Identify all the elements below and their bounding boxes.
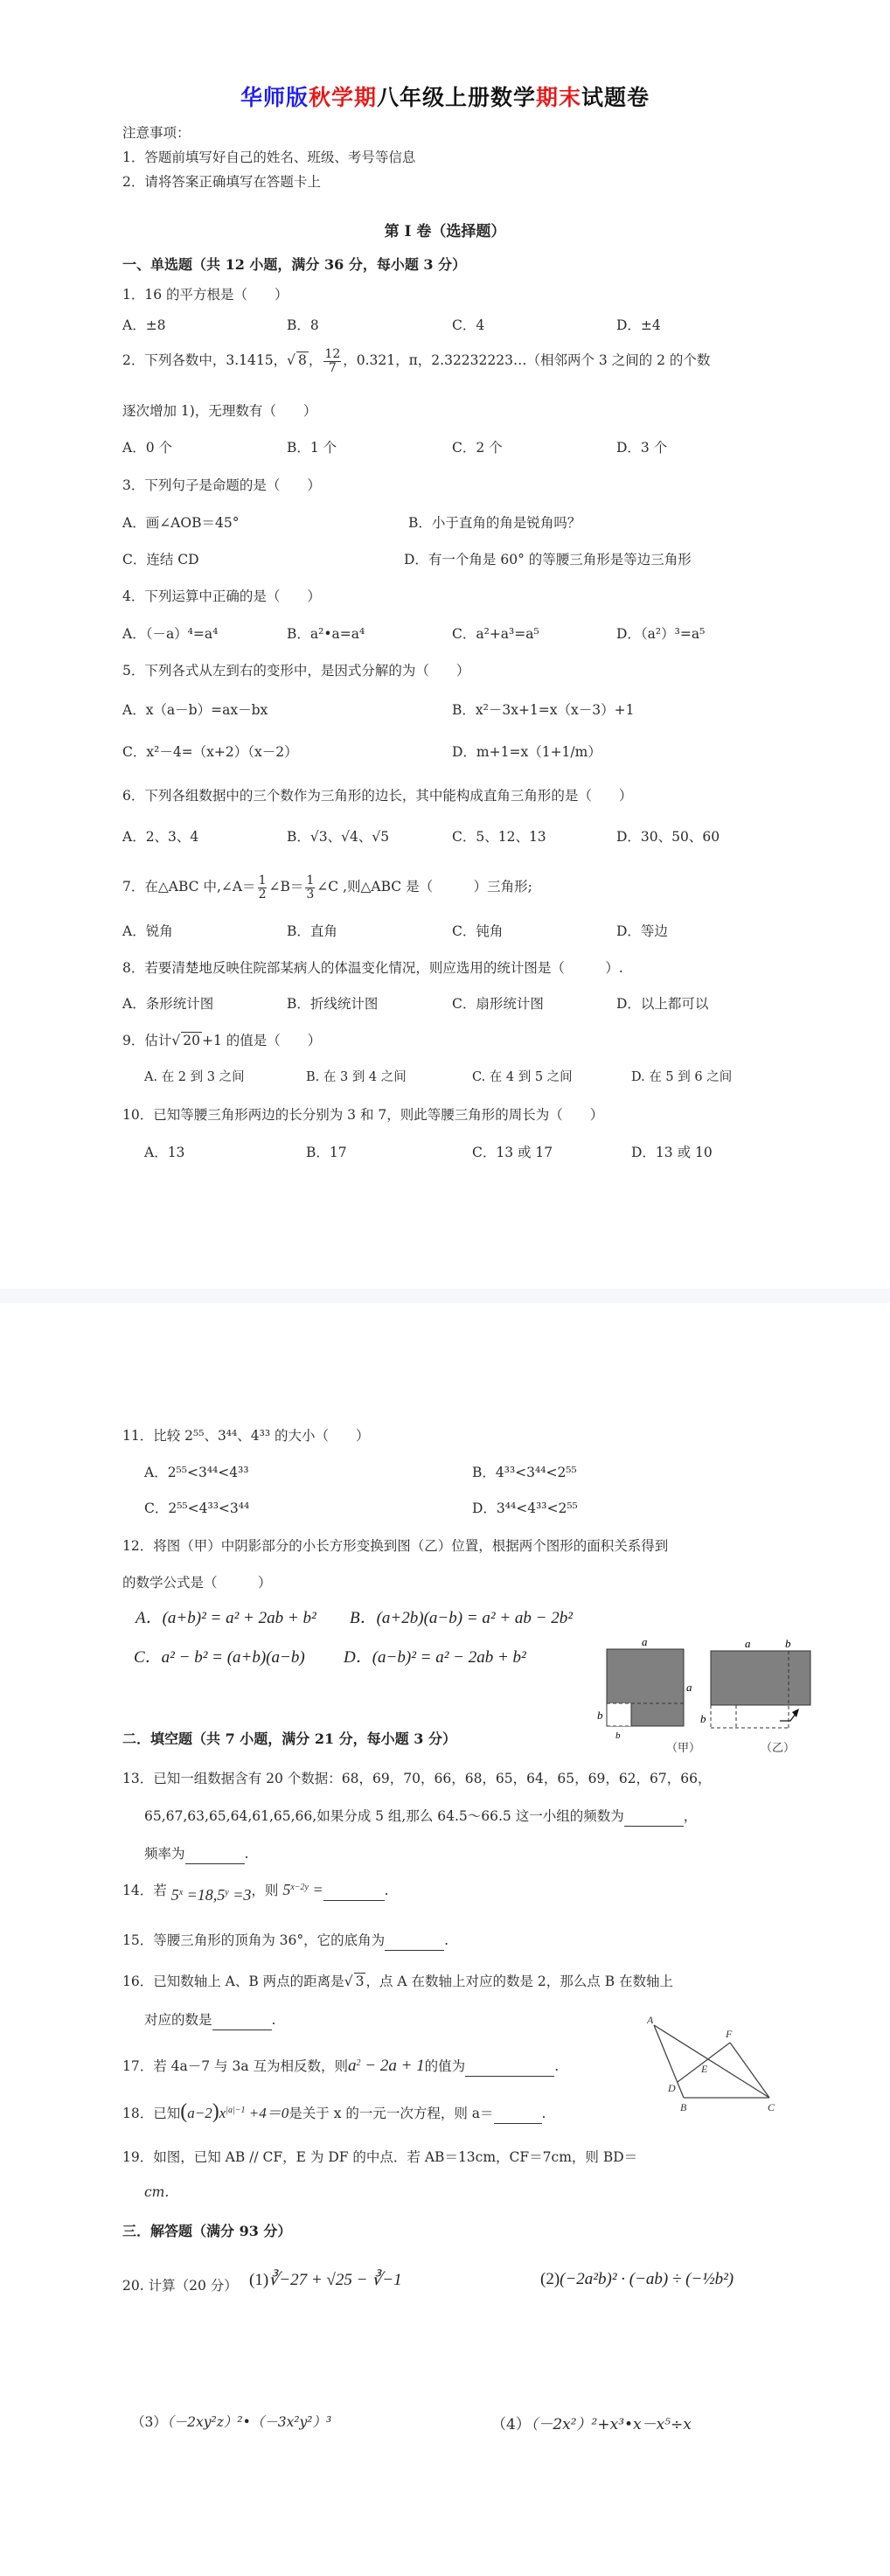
q11-option-c[interactable]: C．2⁵⁵<4³³<3⁴⁴ [144,1498,249,1517]
section-2-heading: 二．填空题（共 7 小题，满分 21 分，每小题 3 分） [122,1728,456,1748]
question-10: 10．已知等腰三角形两边的长分别为 3 和 7，则此等腰三角形的周长为（ ） [122,1104,603,1124]
q6-option-b[interactable]: B．√3、√4、√5 [287,826,389,846]
q12-option-d[interactable]: D．(a−b)² = a² − 2ab + b² [344,1644,526,1667]
title-part-final: 期末 [536,85,581,110]
q11-option-b[interactable]: B．4³³<3⁴⁴<2⁵⁵ [472,1462,577,1481]
answer-blank-17[interactable] [465,2060,554,2077]
q9-option-c[interactable]: C. 在 4 到 5 之间 [472,1067,573,1085]
section-3-heading: 三．解答题（满分 93 分） [122,2220,291,2240]
svg-text:b: b [615,1730,621,1741]
question-20: 20. 计算（20 分） [122,2275,238,2294]
q4-option-a[interactable]: A．（－a）⁴=a⁴ [122,623,218,643]
q6-option-a[interactable]: A．2、3、4 [122,826,198,846]
fraction-1-3: 13 [305,874,315,901]
q10-option-b[interactable]: B．17 [306,1142,347,1161]
figure-yi-label: （乙） [761,1738,795,1755]
answer-blank-15[interactable] [385,1934,444,1951]
sqrt-symbol-icon: √ [287,352,296,368]
q1-option-a[interactable]: A．±8 [122,315,166,334]
q7-option-c[interactable]: C．钝角 [452,921,503,940]
q19-geometry-figure: A F E D B C [647,2015,796,2120]
question-11: 11．比较 2⁵⁵、3⁴⁴、4³³ 的大小（ ） [122,1425,369,1445]
question-18: 18．已知(a−2)x|a|−1 +4＝0是关于 x 的一元一次方程，则 a＝ … [122,2100,546,2124]
question-2: 2．下列各数中，3.1415，√8，127，0.321，π，2.32232223… [122,348,710,374]
notice-heading: 注意事项： [122,122,191,142]
title-part-publisher: 华师版 [240,85,309,110]
q2-option-d[interactable]: D．3 个 [616,437,667,456]
svg-text:b: b [785,1637,791,1650]
q11-option-d[interactable]: D．3⁴⁴<4³³<2⁵⁵ [472,1498,578,1517]
q3-option-a[interactable]: A．画∠AOB＝45° [122,512,239,532]
question-13: 13．已知一组数据含有 20 个数据：68，69，70，66，68，65，64，… [122,1768,712,1787]
question-16-line2: 对应的数是 . [144,2009,275,2030]
title-part-grade: 八年级上册数学 [377,85,536,110]
question-19-line2: cm. [144,2184,169,2200]
svg-text:b: b [700,1712,706,1725]
answer-blank-13b[interactable] [185,1848,245,1864]
q8-option-a[interactable]: A．条形统计图 [122,993,213,1013]
svg-text:a: a [745,1637,751,1650]
q10-option-c[interactable]: C．13 或 17 [472,1142,553,1161]
question-13-line2: 65,67,63,65,64,61,65,66,如果分成 5 组,那么 64.5… [144,1806,697,1827]
q20-part-3: （3）（－2xy²z）²•（－3x²y²）³ [131,2412,331,2431]
q3-option-b[interactable]: B．小于直角的角是锐角吗？ [408,512,581,532]
title-part-term: 秋学期 [309,85,377,110]
q2-option-c[interactable]: C．2 个 [452,437,503,456]
answer-blank-14[interactable] [323,1884,385,1901]
q6-option-d[interactable]: D．30、50、60 [616,826,720,846]
question-13-line3: 频率为 . [144,1843,248,1864]
question-14: 14．若 5x =18,5y =3，则 5x−2y = . [122,1880,389,1901]
exam-page-1: 华师版秋学期八年级上册数学期末试题卷 注意事项： 1．答题前填写好自己的姓名、班… [0,0,890,1289]
q1-option-c[interactable]: C．4 [452,315,484,334]
answer-blank-16[interactable] [212,2014,272,2030]
svg-text:b: b [597,1709,603,1722]
q11-option-a[interactable]: A．2⁵⁵<3⁴⁴<4³³ [144,1462,249,1481]
svg-text:D: D [667,2082,676,2094]
question-5: 5．下列各式从左到右的变形中，是因式分解的为（ ） [122,660,469,679]
q10-option-a[interactable]: A．13 [144,1142,184,1161]
q5-option-c[interactable]: C．x²－4=（x+2）（x－2） [122,741,298,761]
notice-item-2: 2．请将答案正确填写在答题卡上 [122,171,321,191]
question-3: 3．下列句子是命题的是（ ） [122,475,321,494]
q7-option-a[interactable]: A．锐角 [122,921,173,940]
q10-option-d[interactable]: D．13 或 10 [631,1142,713,1161]
question-6: 6．下列各组数据中的三个数作为三角形的边长，其中能构成直角三角形的是（ ） [122,785,632,804]
question-1: 1．16 的平方根是（ ） [122,284,289,303]
q2-option-a[interactable]: A．0 个 [122,437,172,456]
exam-title: 华师版秋学期八年级上册数学期末试题卷 [0,80,890,112]
q3-option-d[interactable]: D．有一个角是 60° 的等腰三角形是等边三角形 [404,549,692,568]
q20-part-2: (2)(−2a²b)² · (−ab) ÷ (−½b²) [540,2270,734,2289]
page-break-divider [0,1289,890,1303]
sqrt-symbol-icon: √ [344,1974,353,1989]
notice-item-1: 1．答题前填写好自己的姓名、班级、考号等信息 [122,147,415,166]
fraction-1-2: 12 [258,874,268,901]
svg-text:B: B [680,2101,687,2113]
question-12-cont: 的数学公式是（ ） [122,1572,272,1591]
q5-option-d[interactable]: D．m+1=x（1+1/m） [452,741,601,761]
q12-option-b[interactable]: B．(a+2b)(a−b) = a² + ab − 2b² [350,1605,573,1628]
q4-option-b[interactable]: B．a²•a=a⁴ [287,623,365,643]
q1-option-d[interactable]: D．±4 [616,315,661,334]
question-8: 8．若要清楚地反映住院部某病人的体温变化情况，则应选用的统计图是（ ）. [122,957,623,977]
q3-option-c[interactable]: C．连结 CD [122,549,199,568]
q1-option-b[interactable]: B．8 [287,315,319,334]
fraction-12-7: 127 [323,348,341,374]
q8-option-c[interactable]: C．扇形统计图 [452,993,544,1013]
q9-option-d[interactable]: D. 在 5 到 6 之间 [631,1067,732,1085]
question-2-cont: 逐次增加 1)，无理数有（ ） [122,400,316,420]
answer-blank-13a[interactable] [624,1810,684,1827]
q8-option-b[interactable]: B．折线统计图 [287,993,378,1013]
figure-jia-label: （甲） [666,1738,700,1755]
q20-part-4: （4）（－2x²）²+x³•x－x⁵÷x [491,2412,692,2433]
q7-option-b[interactable]: B．直角 [287,921,337,940]
q5-option-a[interactable]: A．x（a－b）=ax－bx [122,700,268,719]
question-15: 15．等腰三角形的顶角为 36°，它的底角为 . [122,1930,448,1951]
question-16: 16．已知数轴上 A、B 两点的距离是√3，点 A 在数轴上对应的数是 2，那么… [122,1971,673,1990]
svg-text:a: a [686,1681,692,1694]
question-7: 7．在△ABC 中,∠A＝12∠B＝13∠C ,则△ABC 是（ ）三角形; [122,874,532,901]
q4-option-c[interactable]: C．a²+a³=a⁵ [452,623,539,643]
question-17: 17．若 4a－7 与 3a 互为相反数，则a2 − 2a + 1的值为 . [122,2056,559,2077]
q4-option-d[interactable]: D．（a²）³=a⁵ [616,623,705,643]
exam-page-2: 11．比较 2⁵⁵、3⁴⁴、4³³ 的大小（ ） A．2⁵⁵<3⁴⁴<4³³ B… [0,1303,890,2576]
volume-1-title: 第 I 卷（选择题） [0,219,890,240]
figure-jia: a a b b [597,1635,692,1741]
q12-area-figure: a a b b a b b [594,1633,822,1747]
q5-option-b[interactable]: B．x²－3x+1=x（x－3）+1 [452,700,634,719]
sqrt-symbol-icon: √ [171,1033,180,1048]
figure-yi: a b b [700,1637,810,1728]
q8-option-d[interactable]: D．以上都可以 [616,993,708,1013]
q9-option-a[interactable]: A. 在 2 到 3 之间 [144,1067,245,1085]
question-19: 19．如图，已知 AB // CF，E 为 DF 的中点．若 AB＝13cm，C… [122,2147,637,2166]
answer-blank-18[interactable] [494,2107,542,2124]
q2-option-b[interactable]: B．1 个 [287,437,337,456]
question-9: 9．估计√20+1 的值是（ ） [122,1030,321,1049]
svg-text:a: a [642,1635,648,1648]
question-4: 4．下列运算中正确的是（ ） [122,586,321,605]
svg-text:C: C [768,2101,775,2113]
section-1-heading: 一、单选题（共 12 小题，满分 36 分，每小题 3 分） [122,254,466,274]
q6-option-c[interactable]: C．5、12、13 [452,826,546,846]
svg-text:E: E [700,2063,708,2075]
q20-part-1: (1)∛−27 + √25 − ∛−1 [249,2270,402,2290]
svg-text:A: A [647,2015,654,2026]
q12-option-c[interactable]: C．a² − b² = (a+b)(a−b) [134,1644,305,1667]
question-12: 12．将图（甲）中阴影部分的小长方形变换到图（乙）位置，根据两个图形的面积关系得… [122,1535,668,1555]
svg-text:F: F [725,2028,733,2040]
q7-option-d[interactable]: D．等边 [616,921,668,940]
q12-option-a[interactable]: A．(a+b)² = a² + 2ab + b² [136,1605,316,1628]
title-part-paper: 试题卷 [581,85,650,110]
q9-option-b[interactable]: B. 在 3 到 4 之间 [306,1067,407,1085]
